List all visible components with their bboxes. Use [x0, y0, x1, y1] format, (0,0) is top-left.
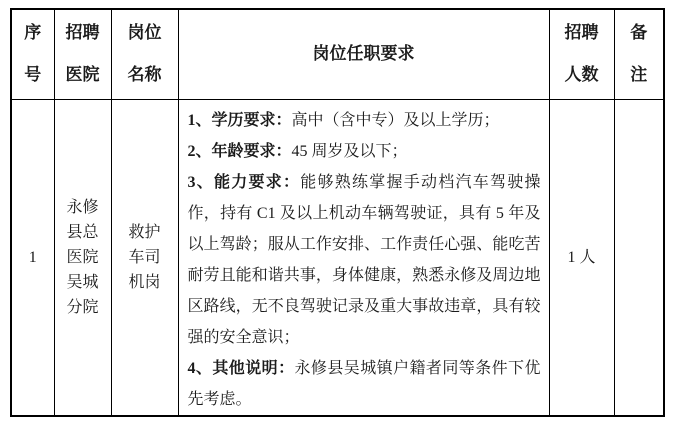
header-position-requirements: 岗位任职要求	[178, 9, 549, 99]
cell-headcount: 1 人	[549, 99, 614, 416]
cell-seq-number: 1	[11, 99, 54, 416]
requirement-text: 45 周岁及以下；	[292, 143, 408, 160]
header-remarks: 备 注	[614, 9, 664, 99]
table-header-row: 序 号 招聘 医院 岗位 名称 岗位任职要求 招聘 人数 备 注	[11, 9, 664, 99]
requirement-item-age: 2、年龄要求：45 周岁及以下；	[188, 136, 541, 167]
cell-hospital: 永修 县总 医院 吴城 分院	[54, 99, 111, 416]
cell-position: 救护 车司 机岗	[111, 99, 178, 416]
recruitment-table: 序 号 招聘 医院 岗位 名称 岗位任职要求 招聘 人数 备 注 1 永修 县总…	[10, 8, 665, 417]
table-row: 1 永修 县总 医院 吴城 分院 救护 车司 机岗 1、学历要求：高中（含中专）…	[11, 99, 664, 416]
requirement-label: 2、年龄要求：	[188, 143, 292, 160]
cell-remark	[614, 99, 664, 416]
requirement-label: 4、其他说明：	[188, 360, 295, 377]
header-seq-number: 序 号	[11, 9, 54, 99]
header-position-name: 岗位 名称	[111, 9, 178, 99]
requirement-item-education: 1、学历要求：高中（含中专）及以上学历；	[188, 105, 541, 136]
requirement-text: 高中（含中专）及以上学历；	[292, 112, 500, 129]
requirement-label: 1、学历要求：	[188, 112, 292, 129]
requirement-text: 能够熟练掌握手动档汽车驾驶操作，持有 C1 及以上机动车辆驾驶证，具有 5 年及…	[188, 174, 541, 346]
header-headcount: 招聘 人数	[549, 9, 614, 99]
requirement-label: 3、能力要求：	[188, 174, 301, 191]
header-recruiting-hospital: 招聘 医院	[54, 9, 111, 99]
requirement-item-other: 4、其他说明：永修县吴城镇户籍者同等条件下优先考虑。	[188, 353, 541, 415]
requirement-item-ability: 3、能力要求：能够熟练掌握手动档汽车驾驶操作，持有 C1 及以上机动车辆驾驶证，…	[188, 167, 541, 353]
document-page: 序 号 招聘 医院 岗位 名称 岗位任职要求 招聘 人数 备 注 1 永修 县总…	[0, 0, 677, 434]
cell-requirements: 1、学历要求：高中（含中专）及以上学历； 2、年龄要求：45 周岁及以下； 3、…	[178, 99, 549, 416]
